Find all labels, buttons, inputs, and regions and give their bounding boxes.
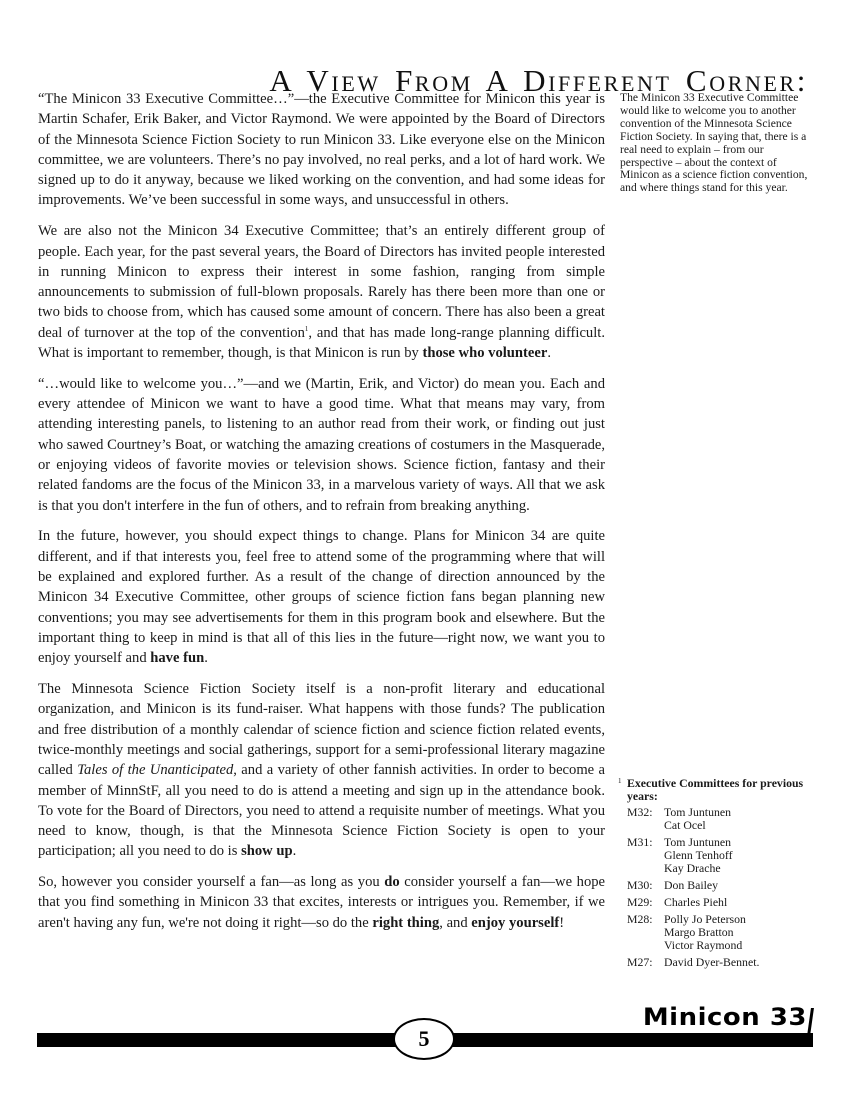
- committee-names: Tom JuntunenGlenn TenhoffKay Drache: [664, 836, 733, 875]
- footnote-previous-committees: 1 Executive Committees for previous year…: [618, 777, 818, 973]
- article-paragraph: The Minnesota Science Fiction Society it…: [38, 679, 605, 862]
- article-paragraph: “…would like to welcome you…”—and we (Ma…: [38, 374, 605, 516]
- emphasis-bold: those who volunteer: [422, 345, 547, 361]
- footnote-heading-text: Executive Committees for previous years:: [627, 776, 803, 803]
- emphasis-bold: do: [384, 874, 399, 890]
- emphasis-bold: show up: [241, 843, 293, 859]
- footer-accent-tick: [807, 1008, 814, 1036]
- article-paragraph: So, however you consider yourself a fan—…: [38, 872, 605, 933]
- footnote-mark: 1: [618, 775, 622, 788]
- committee-entry: M29:Charles Piehl: [618, 896, 818, 909]
- committee-year: M29:: [627, 896, 664, 909]
- committee-names: Don Bailey: [664, 879, 718, 892]
- emphasis-bold: right thing: [372, 915, 439, 931]
- committee-member: Kay Drache: [664, 862, 733, 875]
- committee-entry: M30:Don Bailey: [618, 879, 818, 892]
- committee-entry: M27:David Dyer-Bennet.: [618, 956, 818, 969]
- article-paragraph: “The Minicon 33 Executive Committee…”—th…: [38, 89, 605, 211]
- emphasis-bold: enjoy yourself: [471, 915, 559, 931]
- committee-names: Polly Jo PetersonMargo BrattonVictor Ray…: [664, 913, 746, 952]
- sidebar-intro: The Minicon 33 Executive Committee would…: [620, 92, 815, 195]
- committee-year: M27:: [627, 956, 664, 969]
- committee-year: M30:: [627, 879, 664, 892]
- committee-names: David Dyer-Bennet.: [664, 956, 759, 969]
- committee-year: M31:: [627, 836, 664, 875]
- committee-year: M28:: [627, 913, 664, 952]
- footnote-reference: 1: [305, 325, 309, 333]
- publication-title: Tales of the Unanticipated: [77, 762, 233, 778]
- article-paragraph: We are also not the Minicon 34 Executive…: [38, 221, 605, 363]
- article-paragraph: In the future, however, you should expec…: [38, 526, 605, 668]
- committee-year: M32:: [627, 806, 664, 832]
- committee-member: Victor Raymond: [664, 939, 746, 952]
- committee-entry: M32:Tom JuntunenCat Ocel: [618, 806, 818, 832]
- emphasis-bold: have fun: [150, 650, 204, 666]
- committee-entry: M31:Tom JuntunenGlenn TenhoffKay Drache: [618, 836, 818, 875]
- committee-member: Cat Ocel: [664, 819, 731, 832]
- page-number: 5: [393, 1018, 455, 1060]
- committee-names: Charles Piehl: [664, 896, 727, 909]
- committee-member: Don Bailey: [664, 879, 718, 892]
- footnote-entries: M32:Tom JuntunenCat OcelM31:Tom Juntunen…: [618, 806, 818, 969]
- article-body: “The Minicon 33 Executive Committee…”—th…: [38, 89, 605, 944]
- brand-logo: Minicon 33: [643, 1003, 807, 1031]
- footnote-heading: 1 Executive Committees for previous year…: [618, 777, 818, 803]
- committee-member: Charles Piehl: [664, 896, 727, 909]
- committee-member: David Dyer-Bennet.: [664, 956, 759, 969]
- committee-names: Tom JuntunenCat Ocel: [664, 806, 731, 832]
- committee-entry: M28:Polly Jo PetersonMargo BrattonVictor…: [618, 913, 818, 952]
